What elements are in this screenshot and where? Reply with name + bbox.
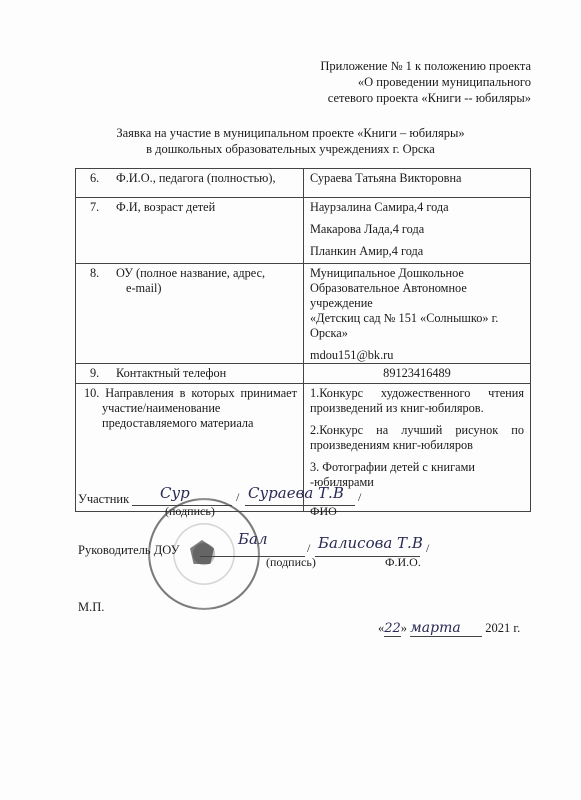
table-row: 8.ОУ (полное название, адрес, e-mail) Му… [76,264,531,364]
row-label-cell: 9.Контактный телефон [76,364,304,384]
participant-label: Участник [78,492,129,507]
row-number: 10. [84,386,99,400]
row-label-cont: предоставляемого материала [82,416,297,431]
table-row: 6.Ф.И.О., педагога (полностью), Сураева … [76,169,531,198]
direction-item: 2.Конкурс на лучший рисунок по [310,423,524,438]
separator: / [426,541,429,556]
head-name-handwritten: Балисова Т.В [318,534,423,552]
direction-item-cont: произведениям книг-юбиляров [310,438,524,453]
row-label-cell: 7.Ф.И, возраст детей [76,198,304,264]
separator: / [307,541,310,556]
date-month: марта [410,620,482,637]
row-label: Ф.И, возраст детей [116,200,215,214]
seal-place-label: М.П. [78,600,104,615]
participant-signature: Сур [160,484,190,502]
row-label: Контактный телефон [116,366,226,380]
annex-header: Приложение № 1 к положению проекта «О пр… [320,58,531,106]
row-number: 9. [82,366,116,381]
date-year: 2021 г. [485,621,520,635]
application-form-table: 6.Ф.И.О., педагога (полностью), Сураева … [75,168,531,512]
org-email: mdou151@bk.ru [310,348,524,363]
contact-phone: 89123416489 [310,366,524,381]
direction-item-cont: произведений из книг-юбиляров. [310,401,524,416]
child-entry: Макарова Лада,4 года [310,222,524,237]
org-name-line: Муниципальное Дошкольное [310,266,524,281]
document-title: Заявка на участие в муниципальном проект… [0,125,581,157]
row-value-cell: Сураева Татьяна Викторовна [304,169,531,198]
title-line-1: Заявка на участие в муниципальном проект… [0,125,581,141]
row-label-cell: 8.ОУ (полное название, адрес, e-mail) [76,264,304,364]
org-name-line: «Детскиц сад № 151 «Солнышко» г. Орска» [310,311,524,341]
row-label: ОУ (полное название, адрес, [116,266,265,280]
annex-line-3: сетевого проекта «Книги -- юбиляры» [320,90,531,106]
head-signature-caption: (подпись) [266,555,316,570]
annex-line-1: Приложение № 1 к положению проекта [320,58,531,74]
head-signature: Бал [238,530,268,548]
direction-item: 1.Конкурс художественного чтения [310,386,524,401]
row-label: Ф.И.О., педагога (полностью), [116,171,276,185]
date: «22» марта 2021 г. [378,620,520,637]
row-number: 6. [82,171,116,186]
row-number: 8. [82,266,116,281]
separator: / [358,490,361,505]
row-label: Направления в которых принимает [105,386,297,400]
separator: / [236,490,239,505]
org-name-line: Образовательное Автономное учреждение [310,281,524,311]
child-entry: Наурзалина Самира,4 года [310,200,524,215]
child-entry: Планкин Амир,4 года [310,244,524,259]
table-row: 9.Контактный телефон 89123416489 [76,364,531,384]
head-label: Руководитель ДОУ [78,543,179,558]
annex-line-2: «О проведении муниципального [320,74,531,90]
title-line-2: в дошкольных образовательных учреждениях… [0,141,581,157]
table-row: 7.Ф.И, возраст детей Наурзалина Самира,4… [76,198,531,264]
row-value-cell: 89123416489 [304,364,531,384]
row-value-cell: Муниципальное Дошкольное Образовательное… [304,264,531,364]
row-label-cell: 6.Ф.И.О., педагога (полностью), [76,169,304,198]
row-label-cont: участие/наименование [82,401,297,416]
participant-name-handwritten: Сураева Т.В [248,484,344,502]
row-value-cell: Наурзалина Самира,4 года Макарова Лада,4… [304,198,531,264]
row-number: 7. [82,200,116,215]
fio-caption: ФИО [310,504,337,519]
head-fio-caption: Ф.И.О. [385,555,421,570]
row-label-cont: e-mail) [82,281,297,296]
date-day: 22 [384,621,401,637]
participant-name-line [245,504,355,506]
teacher-name: Сураева Татьяна Викторовна [310,171,524,186]
